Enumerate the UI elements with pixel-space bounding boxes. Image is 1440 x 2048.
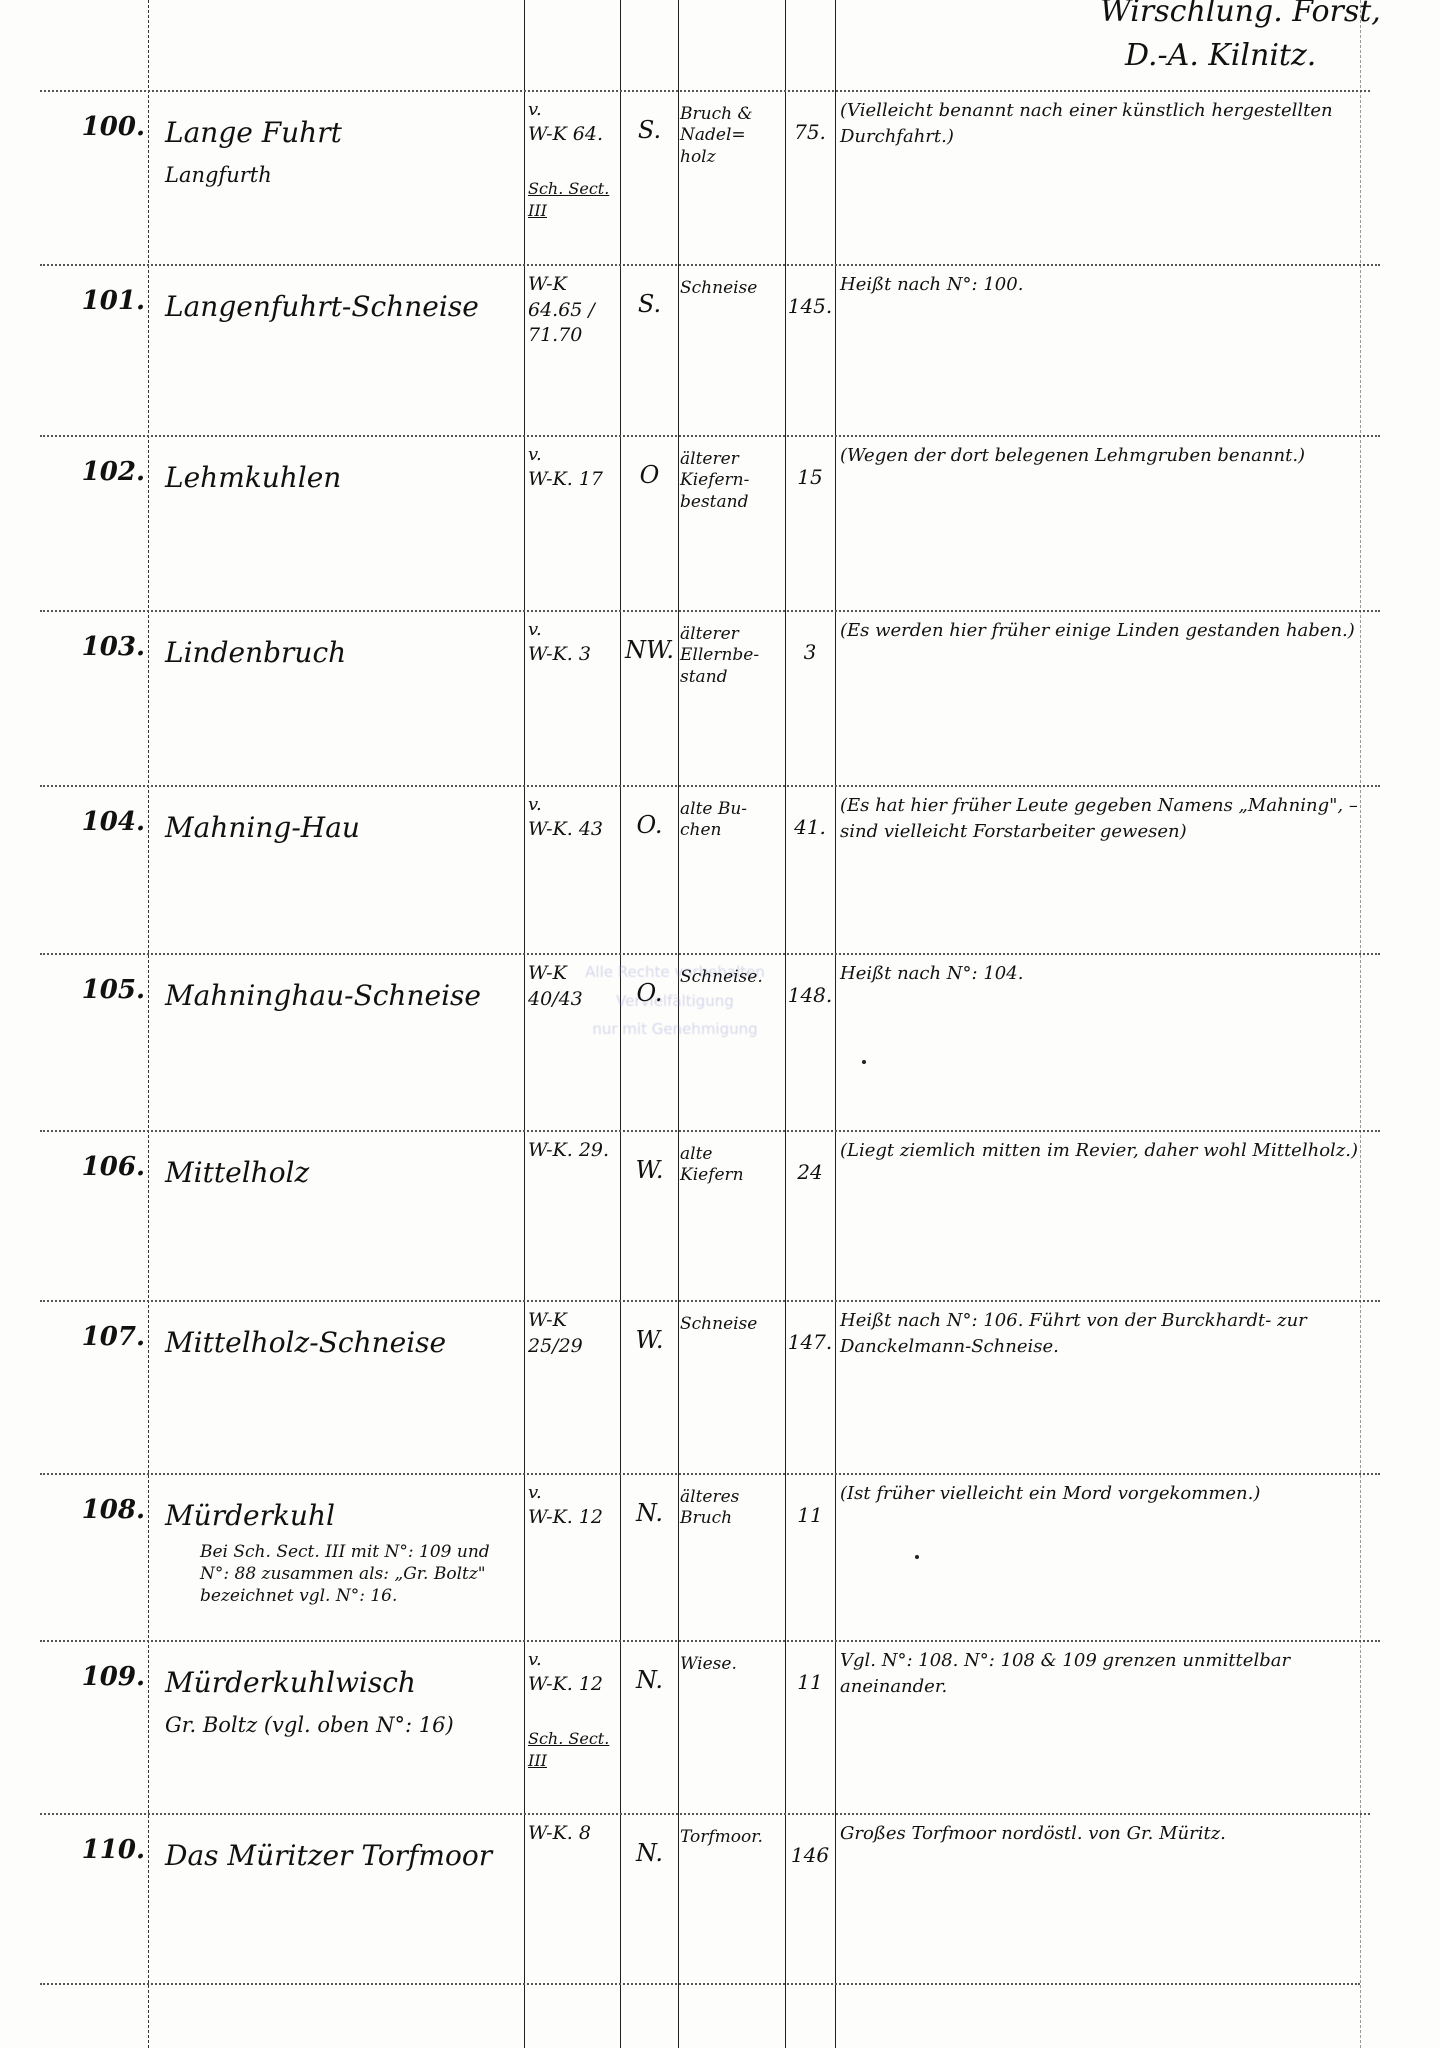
place-name-main: Langenfuhrt-Schneise [165,290,479,323]
stand-line: Nadel= [680,125,784,146]
map-reference: v. W-K. 3 [528,618,618,668]
remark-note: Heißt nach N°: 104. [840,961,1360,987]
reference-value: W-K 64. [528,122,618,148]
stand-description: Schneise. [680,967,784,988]
column-rule-right-border [1360,0,1361,2048]
remark-note: Heißt nach N°: 106. Führt von der Burckh… [840,1308,1360,1360]
stand-description: Schneise [680,1314,784,1335]
stand-description: Bruch &Nadel=holz [680,104,784,168]
stand-line: bestand [680,492,784,513]
column-rule-area [835,0,836,2048]
row-rule [40,610,1380,612]
stand-line: Schneise [680,278,784,299]
reference-value: W-K. 12 [528,1505,618,1531]
ledger-page: Wirschlung. Forst, D.-A. Kilnitz. Alle R… [0,0,1440,2048]
entry-number: 109. [60,1662,145,1692]
stand-description: älteresBruch [680,1487,784,1530]
reference-value: W-K 25/29 [528,1308,618,1359]
place-name-main: Mahninghau-Schneise [165,979,481,1012]
reference-value: W-K. 12 [528,1672,618,1698]
map-reference: W-K 64.65 / 71.70 [528,272,618,349]
place-name-main: Lehmkuhlen [165,461,341,494]
entry-number: 107. [60,1322,145,1352]
stand-line: Bruch & [680,104,784,125]
remark-note: Vgl. N°: 108. N°: 108 & 109 grenzen unmi… [840,1648,1360,1700]
stand-line: alte Bu- [680,799,784,820]
direction: W. [622,1326,677,1354]
stand-description: alteKiefern [680,1144,784,1187]
stand-line: holz [680,147,784,168]
direction: O. [622,979,677,1007]
column-rule-number [148,0,149,2048]
stand-line: Schneise. [680,967,784,988]
reference-value: W-K 40/43 [528,961,618,1012]
map-reference: W-K 40/43 [528,961,618,1012]
place-name: Mahning-Hau [165,807,515,849]
entry-number: 106. [60,1152,145,1182]
remark-note: Heißt nach N°: 100. [840,272,1360,298]
row-rule [40,785,1380,787]
place-name: Mahninghau-Schneise [165,975,515,1017]
area-number: 146 [787,1843,833,1867]
place-name-main: Mahning-Hau [165,811,360,844]
entry-number: 105. [60,975,145,1005]
place-name-main: Mittelholz [165,1156,309,1189]
stand-description: ältererEllernbe-stand [680,624,784,688]
reference-value: W-K 64.65 / 71.70 [528,272,618,349]
place-name-main: Lange Fuhrt [165,116,342,149]
row-rule [40,90,1370,92]
place-name-main: Das Müritzer Torfmoor [165,1839,492,1872]
area-number: 11 [787,1503,833,1527]
map-reference: W-K. 8 [528,1821,618,1847]
ink-dot [915,1555,919,1559]
area-number: 15 [787,465,833,489]
remark-note: (Ist früher vielleicht ein Mord vorgekom… [840,1481,1360,1507]
area-number: 41. [787,815,833,839]
map-reference: v. W-K 64. Sch. Sect. III [528,98,618,221]
area-number: 145. [787,294,833,318]
area-number: 148. [787,983,833,1007]
stand-line: stand [680,667,784,688]
entry-number: 110. [60,1835,145,1865]
place-name: Mürderkuhl Bei Sch. Sect. III mit N°: 10… [165,1495,515,1607]
area-number: 3 [787,640,833,664]
direction: W. [622,1156,677,1184]
remark-note: Großes Torfmoor nordöstl. von Gr. Müritz… [840,1821,1360,1847]
direction: S. [622,290,677,318]
row-rule [40,435,1380,437]
direction: O [622,461,677,489]
place-name-alternate: Langfurth [165,160,515,192]
row-rule [40,953,1380,955]
entry-number: 101. [60,286,145,316]
remark-note: (Wegen der dort belegenen Lehmgruben ben… [840,443,1360,469]
place-name: Mürderkuhlwisch Gr. Boltz (vgl. oben N°:… [165,1662,515,1742]
place-name-main: Mürderkuhlwisch [165,1666,416,1699]
stand-line: chen [680,820,784,841]
reference-value: W-K. 29. [528,1138,618,1164]
reference-value: W-K. 17 [528,467,618,493]
entry-number: 102. [60,457,145,487]
entry-number: 108. [60,1495,145,1525]
remark-note: (Liegt ziemlich mitten im Revier, daher … [840,1138,1360,1164]
reference-value: W-K. 43 [528,817,618,843]
place-name: Mittelholz-Schneise [165,1322,515,1364]
stand-description: ältererKiefern-bestand [680,449,784,513]
reference-prefix: v. [528,1648,618,1672]
direction: O. [622,811,677,839]
stand-line: Ellernbe- [680,645,784,666]
place-name: Mittelholz [165,1152,515,1194]
place-name-main: Mittelholz-Schneise [165,1326,446,1359]
stand-description: Torfmoor. [680,1827,784,1848]
stand-line: alte [680,1144,784,1165]
reference-value: W-K. 8 [528,1821,618,1847]
entry-number: 100. [60,112,145,142]
direction: N. [622,1666,677,1694]
area-number: 147. [787,1330,833,1354]
reference-prefix: v. [528,618,618,642]
place-name: Das Müritzer Torfmoor [165,1835,515,1877]
reference-prefix: v. [528,1481,618,1505]
remark-note: (Es hat hier früher Leute gegeben Namens… [840,793,1360,845]
row-rule [40,1813,1370,1815]
stand-line: Schneise [680,1314,784,1335]
entry-number: 103. [60,632,145,662]
reference-section: Sch. Sect. III [528,178,618,221]
entry-number: 104. [60,807,145,837]
place-name-alternate: Gr. Boltz (vgl. oben N°: 16) [165,1710,515,1742]
signature-line-1: Wirschlung. Forst, [1100,0,1381,29]
place-name-main: Mürderkuhl [165,1499,335,1532]
reference-value: W-K. 3 [528,642,618,668]
remark-note: (Vielleicht benannt nach einer künstlich… [840,98,1360,150]
place-name: Lange Fuhrt Langfurth [165,112,515,192]
stand-line: Bruch [680,1508,784,1529]
place-name: Langenfuhrt-Schneise [165,286,515,328]
direction: N. [622,1499,677,1527]
map-reference: W-K 25/29 [528,1308,618,1359]
stand-description: Wiese. [680,1654,784,1675]
direction: NW. [622,636,677,664]
place-name: Lehmkuhlen [165,457,515,499]
row-rule [40,1300,1380,1302]
map-reference: v. W-K. 12 [528,1481,618,1531]
stand-line: Kiefern [680,1165,784,1186]
map-reference: v. W-K. 43 [528,793,618,843]
reference-prefix: v. [528,443,618,467]
column-rule-name [524,0,525,2048]
area-number: 24 [787,1160,833,1184]
map-reference: v. W-K. 12 Sch. Sect. III [528,1648,618,1771]
place-name-remark: Bei Sch. Sect. III mit N°: 109 und N°: 8… [165,1541,515,1607]
ink-dot [862,1060,866,1064]
direction: N. [622,1839,677,1867]
row-rule [40,264,1380,266]
row-rule [40,1130,1380,1132]
reference-section: Sch. Sect. III [528,1728,618,1771]
stand-description: Schneise [680,278,784,299]
map-reference: v. W-K. 17 [528,443,618,493]
stand-line: älterer [680,449,784,470]
signature-line-2: D.-A. Kilnitz. [1125,38,1316,73]
place-name: Lindenbruch [165,632,515,674]
area-number: 11 [787,1670,833,1694]
map-reference: W-K. 29. [528,1138,618,1164]
stand-line: Torfmoor. [680,1827,784,1848]
stand-line: älterer [680,624,784,645]
direction: S. [622,116,677,144]
stand-line: Kiefern- [680,470,784,491]
stand-line: Wiese. [680,1654,784,1675]
reference-prefix: v. [528,793,618,817]
reference-prefix: v. [528,98,618,122]
remark-note: (Es werden hier früher einige Linden ges… [840,618,1360,644]
row-rule [40,1640,1380,1642]
stand-line: älteres [680,1487,784,1508]
row-rule [40,1473,1380,1475]
area-number: 75. [787,120,833,144]
row-rule [40,1983,1360,1985]
stand-description: alte Bu-chen [680,799,784,842]
place-name-main: Lindenbruch [165,636,346,669]
